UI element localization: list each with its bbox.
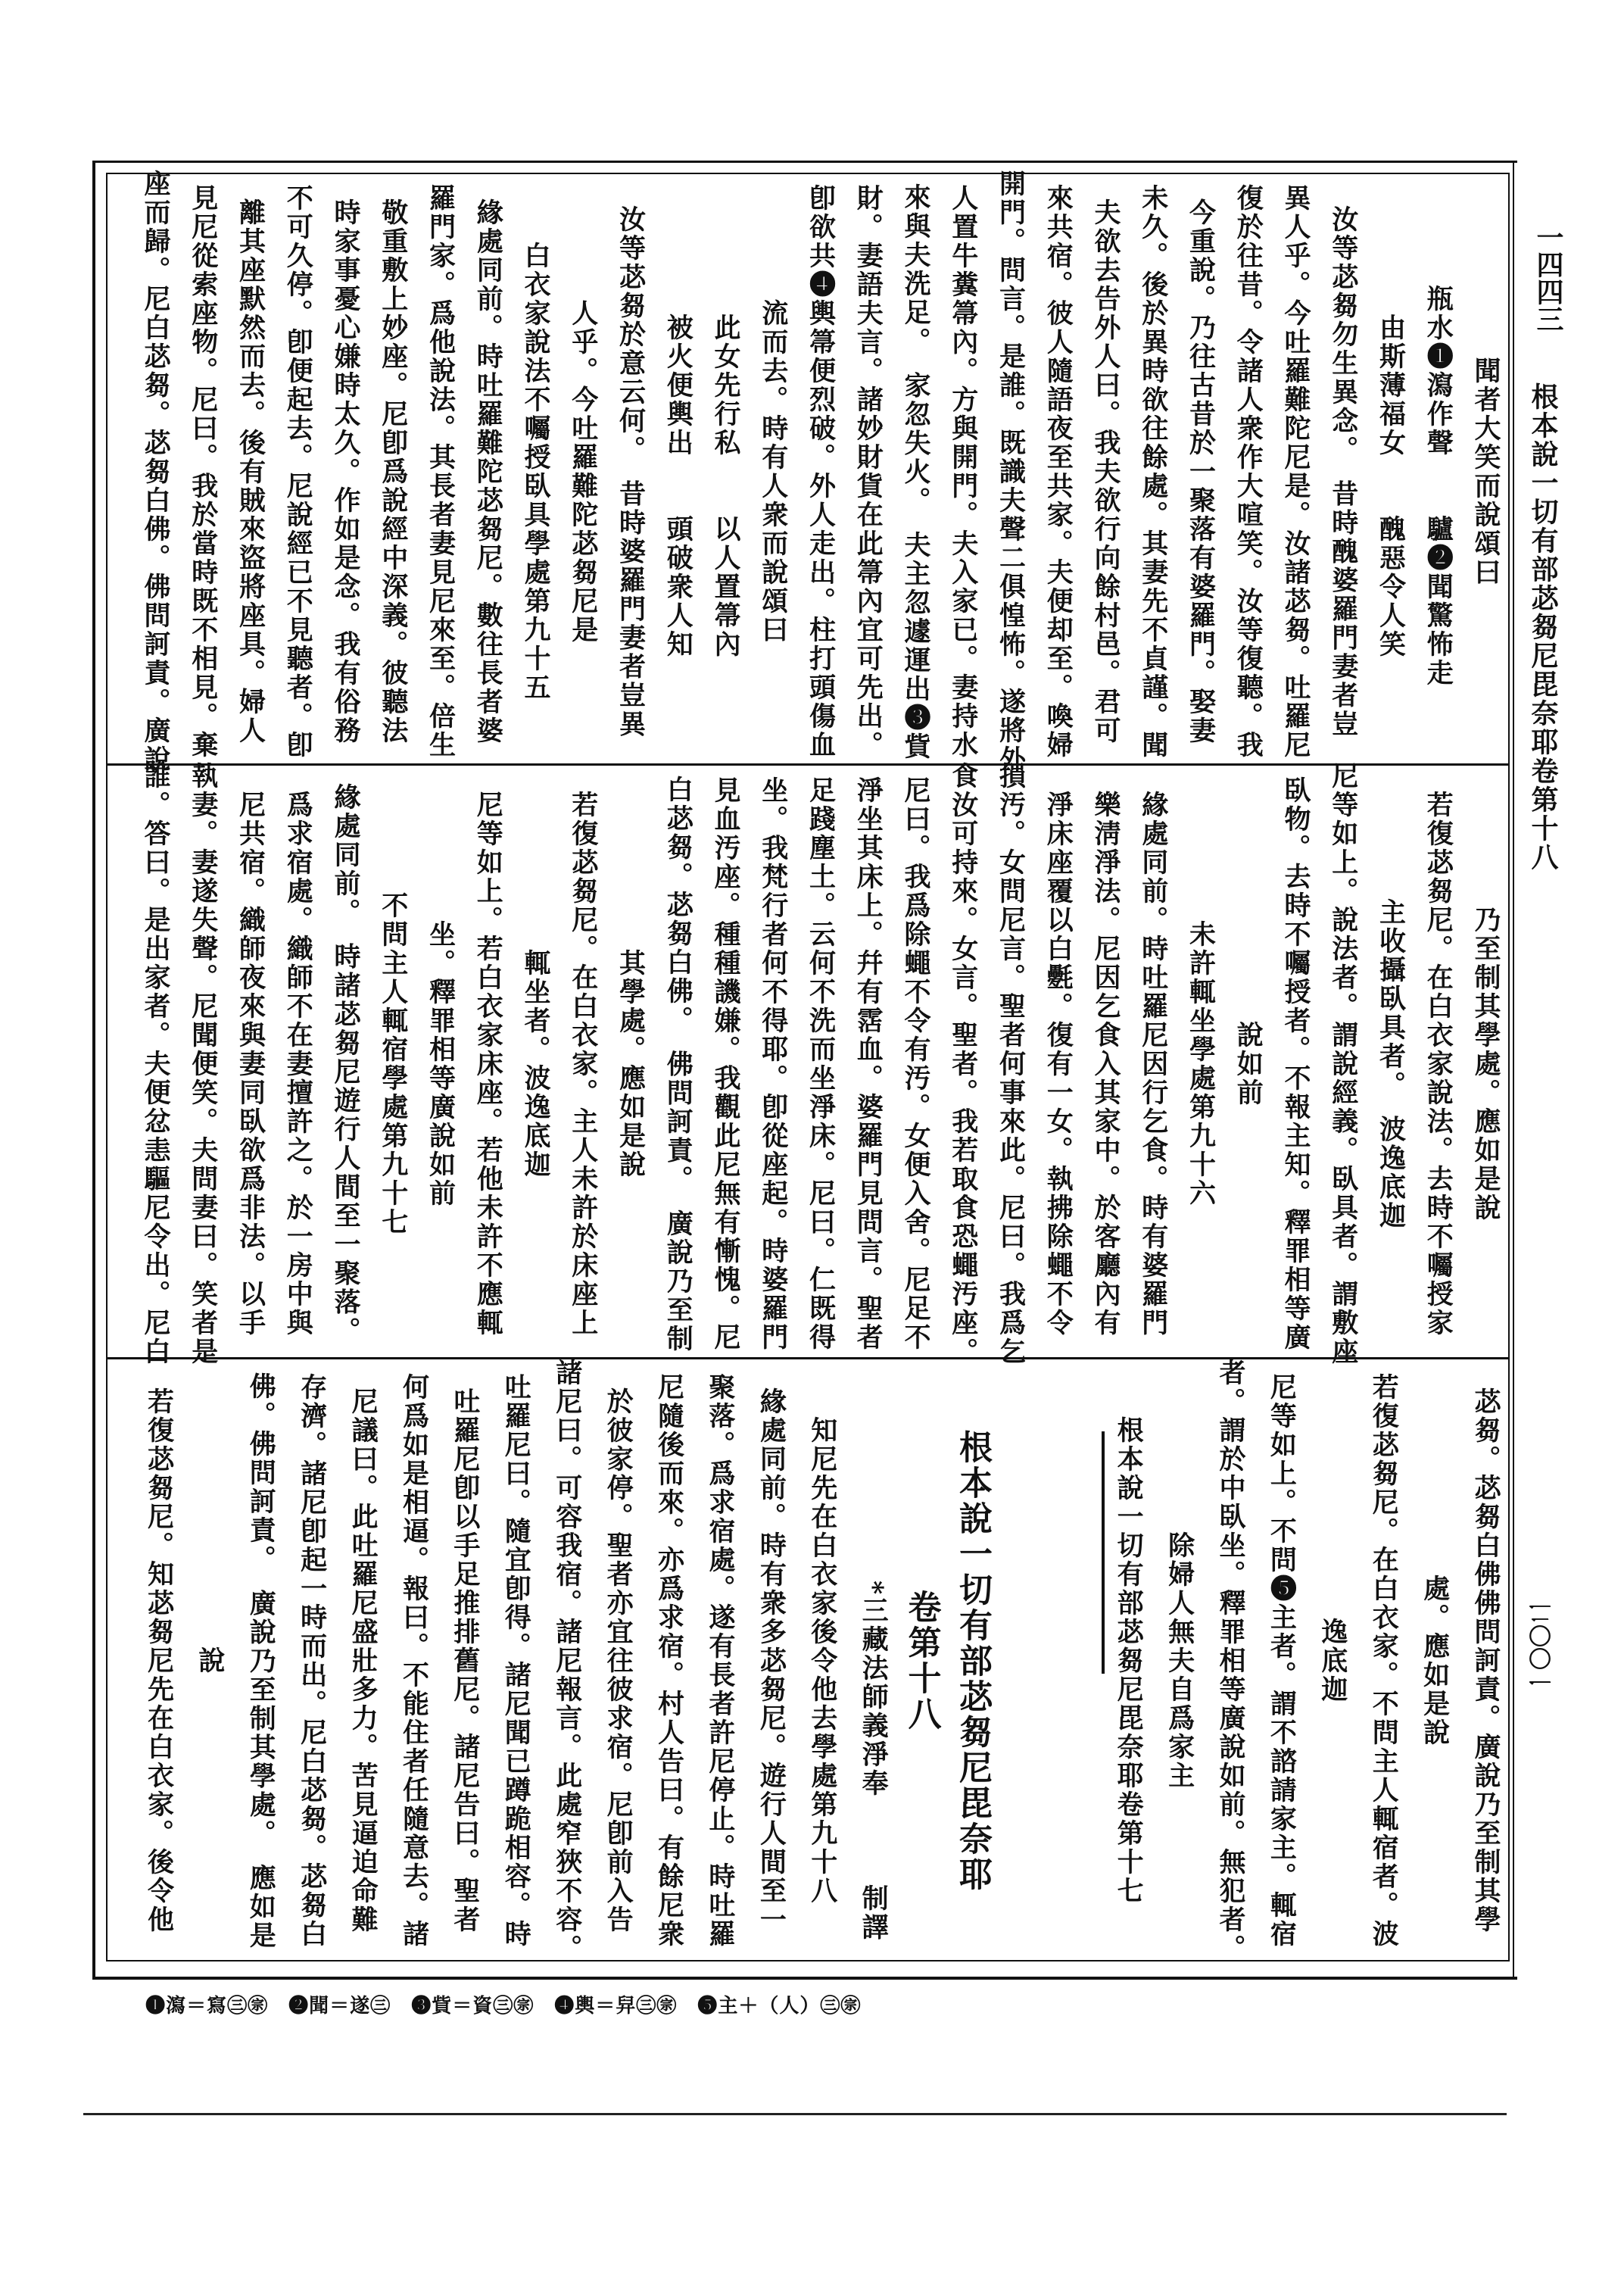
- text-column: 羅門家。爲他說法。其長者妻見尼來至。倍生: [407, 188, 454, 756]
- text-column: [1040, 1377, 1090, 1945]
- text-column: 流而去。時有人衆而說頌曰: [739, 188, 787, 756]
- text-column: 若復苾芻尼。在白衣家說法。去時不囑授家: [1404, 780, 1452, 1348]
- column-stack: 乃至制其學處。應如是說若復苾芻尼。在白衣家說法。去時不囑授家主收攝臥具者。 波逸…: [121, 780, 1499, 1348]
- text-column: 尼議曰。此吐羅尼盛壯多力。苦見逼迫命難: [326, 1377, 376, 1945]
- text-column: 白苾芻。苾芻白佛。 佛問訶責。 廣說乃至制: [644, 780, 692, 1348]
- text-column: 臥物。去時不囑授者。不報主知。釋罪相等廣: [1261, 780, 1309, 1348]
- text-column: 者。謂於中臥坐。釋罪相等廣說如前。無犯者。: [1193, 1377, 1244, 1945]
- running-title: 根本說一切有部苾芻尼毘奈耶卷第十八: [1529, 382, 1557, 872]
- page-number: 一四四三: [1529, 223, 1568, 332]
- text-column: 聞者大笑而說頌曰: [1451, 188, 1499, 756]
- side-number: 一〇〇二: [1526, 1602, 1560, 1693]
- text-column: 異人乎。今吐羅難陀尼是。汝諸苾芻。吐羅尼: [1261, 188, 1309, 756]
- text-column: 尼等如上。說法者。謂說經義。臥具者。謂敷座: [1309, 780, 1357, 1348]
- bottom-rule: [83, 2113, 1507, 2115]
- text-column: 苾芻。苾芻白佛佛問訶責。廣說乃至制其學: [1448, 1377, 1499, 1945]
- text-column: 尼共宿。織師夜來與妻同臥欲爲非法。以手: [217, 780, 264, 1348]
- text-column: 坐。我梵行者何不得耶。卽從座起。時婆羅門: [739, 780, 787, 1348]
- text-column: 於彼家停。聖者亦宜往彼求宿。尼卽前入告: [581, 1377, 631, 1945]
- text-column: 佛。佛問訶責。 廣說乃至制其學處。 應如是: [223, 1377, 274, 1945]
- column-stack: 苾芻。苾芻白佛佛問訶責。廣說乃至制其學處。應如是說若復苾芻尼。在白衣家。不問主人…: [121, 1377, 1499, 1945]
- text-column: 夫欲去告外人曰。我夫欲行向餘村邑。君可: [1071, 188, 1119, 756]
- text-column: 淨床座覆以白氎。復有一女。執拂除蠅不令: [1024, 780, 1072, 1348]
- text-column: 人乎。今吐羅難陀苾芻尼是: [549, 188, 597, 756]
- text-column: 復於往昔。令諸人衆作大喧笑。汝等復聽。我: [1214, 188, 1262, 756]
- text-column: 白衣家說法不囑授臥具學處第九十五: [501, 188, 549, 756]
- text-column: 說: [172, 1377, 223, 1945]
- text-column: 尼等如上。若白衣家床座。若他未許不應輒: [454, 780, 502, 1348]
- text-column: 誰。答曰。是出家者。夫便忿恚驅尼令出。尼白: [121, 780, 169, 1348]
- text-column: *三藏法師義淨奉 制譯: [836, 1377, 887, 1945]
- text-column: 瓶水❶瀉作聲 驢❷聞驚怖走: [1404, 188, 1452, 756]
- text-column: 除婦人無夫自爲家主: [1142, 1377, 1192, 1945]
- text-column: 人置牛糞箒內。方與開門。夫入家已。妻持水: [929, 188, 977, 756]
- text-column: 此女先行私 以人置箒內: [691, 188, 739, 756]
- text-column: 淨坐其床上。幷有霑血。婆羅門見問言。聖者: [834, 780, 882, 1348]
- text-column: 食汝可持來。女言。聖者。我若取食恐蠅汚座。: [929, 780, 977, 1348]
- text-column: 諸尼曰。可容我宿。諸尼報言。此處窄狹不容。: [529, 1377, 580, 1945]
- text-column: 知尼先在白衣家後令他去學處第九十八: [784, 1377, 835, 1945]
- text-column: 執妻。妻遂失聲。尼聞便笑。夫問妻曰。笑者是: [169, 780, 217, 1348]
- text-column: 財。妻語夫言。諸妙財貨在此箒內宜可先出。: [834, 188, 882, 756]
- text-column: 處。應如是說: [1397, 1377, 1448, 1945]
- text-column: 今重說。乃往古昔於一聚落有婆羅門。娶妻: [1167, 188, 1214, 756]
- text-column: 座而歸。尼白苾芻。苾芻白佛。佛問訶責。廣說: [121, 188, 169, 756]
- text-column: 吐羅尼卽以手足推排舊尼。諸尼告曰。聖者: [427, 1377, 478, 1945]
- text-column: 何爲如是相逼。報曰。不能住者任隨意去。諸: [376, 1377, 427, 1945]
- band-divider-2: [106, 1357, 1508, 1359]
- text-band-middle: 乃至制其學處。應如是說若復苾芻尼。在白衣家說法。去時不囑授家主收攝臥具者。 波逸…: [114, 780, 1499, 1348]
- text-column: 見尼從索座物。尼曰。我於當時既不相見。棄: [169, 188, 217, 756]
- text-column: 緣處同前。時吐羅尼因行乞食。時有婆羅門: [1119, 780, 1167, 1348]
- text-column: 尼等如上。不問❺主者。謂不諮請家主。輒宿: [1244, 1377, 1295, 1945]
- volume-end-rule: [1102, 1431, 1105, 1674]
- text-column: 汝等苾芻勿生異念。 昔時醜婆羅門妻者豈: [1309, 188, 1357, 756]
- text-column: [989, 1377, 1040, 1945]
- right-margin-rule: [1513, 161, 1514, 1977]
- text-column: 損汚。女問尼言。聖者何事來此。尼曰。我爲乞: [977, 780, 1024, 1348]
- text-column: 存濟。諸尼卽起一時而出。尼白苾芻。苾芻白: [274, 1377, 325, 1945]
- text-column: 樂淸淨法。尼因乞食入其家中。於客廳內有: [1071, 780, 1119, 1348]
- footnote-3: ❸貲＝資㊂㊪: [411, 1995, 534, 2018]
- footnote-5: ❺主＋（人）㊂㊪: [697, 1995, 861, 2018]
- text-column: 爲求宿處。織師不在妻擅許之。於一房中與: [264, 780, 312, 1348]
- text-column: 輒坐者。波逸底迦: [501, 780, 549, 1348]
- text-column: 來與夫洗足。 家忽失火。 夫主忽遽運出❸貲: [881, 188, 929, 756]
- text-column: 若復苾芻尼。知苾芻尼先在白衣家。後令他: [121, 1377, 172, 1945]
- text-column: 若復苾芻尼。在白衣家。不問主人輒宿者。波: [1346, 1377, 1397, 1945]
- footnote-2: ❷聞＝遂㊂: [288, 1995, 391, 2018]
- text-column: 緣處同前。 時諸苾芻尼遊行人間至一聚落。: [311, 780, 359, 1348]
- volume-title-column: 卷第十八: [887, 1377, 937, 1945]
- text-column: 汝等苾芻於意云何。 昔時婆羅門妻者豈異: [597, 188, 644, 756]
- text-column: 足踐塵土。云何不洗而坐淨床。尼曰。仁既得: [787, 780, 834, 1348]
- text-column: 說如前: [1214, 780, 1262, 1348]
- volume-title-column: 根本說一切有部苾芻尼毘奈耶: [938, 1377, 989, 1945]
- text-column: 敬重敷上妙座。尼卽爲說經中深義。彼聽法: [359, 188, 407, 756]
- text-column: 來共宿。彼人隨語夜至共家。夫便却至。喚婦: [1024, 188, 1072, 756]
- text-column: 不問主人輒宿學處第九十七: [359, 780, 407, 1348]
- text-column: 卽欲共❹輿箒便烈破。外人走出。柱打頭傷血: [787, 188, 834, 756]
- text-column: 其學處。應如是說: [597, 780, 644, 1348]
- text-column: 見血汚座。種種譏嫌。我觀此尼無有慚愧。尼: [691, 780, 739, 1348]
- footnote-1: ❶瀉＝寫㊂㊪: [145, 1995, 268, 2018]
- text-column: 緣處同前。時吐羅難陀苾芻尼。數往長者婆: [454, 188, 502, 756]
- text-column: 若復苾芻尼。在白衣家。主人未許於床座上: [549, 780, 597, 1348]
- text-column: 未久。後於異時欲往餘處。其妻先不貞謹。聞: [1119, 188, 1167, 756]
- text-column: 離其座默然而去。後有賊來盜將座具。婦人: [217, 188, 264, 756]
- text-column: 坐。釋罪相等廣說如前: [407, 780, 454, 1348]
- text-column: 不可久停。卽便起去。尼說經已不見聽者。卽: [264, 188, 312, 756]
- text-column: 吐羅尼曰。隨宜卽得。諸尼聞已蹲跪相容。時: [478, 1377, 529, 1945]
- text-column: 未許輒坐學處第九十六: [1167, 780, 1214, 1348]
- footnote-4: ❹輿＝舁㊂㊪: [554, 1995, 677, 2018]
- text-column: 乃至制其學處。應如是說: [1451, 780, 1499, 1348]
- text-column: 尼隨後而來。亦爲求宿。村人告曰。有餘尼衆: [631, 1377, 682, 1945]
- band-divider-1: [106, 763, 1508, 766]
- text-column: 逸底迦: [1295, 1377, 1345, 1945]
- text-column: 緣處同前。時有衆多苾芻尼。遊行人間至一: [734, 1377, 784, 1945]
- text-band-upper: 聞者大笑而說頌曰 瓶水❶瀉作聲 驢❷聞驚怖走 由斯薄福女 醜惡令人笑汝等苾芻勿生…: [114, 188, 1499, 756]
- text-band-lower: 苾芻。苾芻白佛佛問訶責。廣說乃至制其學處。應如是說若復苾芻尼。在白衣家。不問主人…: [114, 1377, 1499, 1945]
- text-column: 尼曰。我爲除蠅不令有汚。女便入舍。尼足不: [881, 780, 929, 1348]
- text-column: 聚落。爲求宿處。遂有長者許尼停止。時吐羅: [683, 1377, 734, 1945]
- text-column: 主收攝臥具者。 波逸底迦: [1357, 780, 1404, 1348]
- footnotes: ❶瀉＝寫㊂㊪ ❷聞＝遂㊂ ❸貲＝資㊂㊪ ❹輿＝舁㊂㊪ ❺主＋（人）㊂㊪: [130, 1968, 861, 2018]
- column-stack: 聞者大笑而說頌曰 瓶水❶瀉作聲 驢❷聞驚怖走 由斯薄福女 醜惡令人笑汝等苾芻勿生…: [121, 188, 1499, 756]
- text-column: 開門。問言。是誰。既識夫聲二俱惶怖。遂將外: [977, 188, 1024, 756]
- text-column: 被火便輿出 頭破衆人知: [644, 188, 692, 756]
- text-column: 根本說一切有部苾芻尼毘奈耶卷第十七: [1091, 1377, 1142, 1945]
- text-column: 時家事憂心嫌時太久。作如是念。我有俗務: [311, 188, 359, 756]
- text-column: 由斯薄福女 醜惡令人笑: [1357, 188, 1404, 756]
